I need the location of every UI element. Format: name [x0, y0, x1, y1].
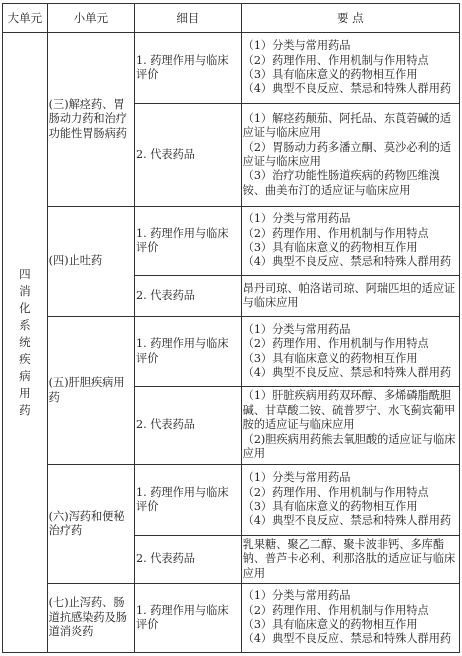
detail-cell: 1. 药理作用与临床评价 — [135, 33, 242, 104]
point-item: （3）具有临床意义的药物相互作用 — [243, 618, 458, 632]
points-cell: （1）肝脏疾病用药双环醇、多烯磷脂酰胆碱、甘草酸二铵、硫普罗宁、水飞蓟宾葡甲胺的… — [241, 387, 459, 465]
point-item: （3）具有临床意义的药物相互作用 — [243, 68, 458, 82]
point-item: （4）典型不良反应、禁忌和特殊人群用药 — [243, 632, 458, 646]
point-item: （1）分类与常用药品 — [243, 39, 458, 53]
detail-cell: 1. 药理作用与临床评价 — [135, 584, 242, 653]
point-item: （3）具有临床意义的药物相互作用 — [243, 241, 458, 255]
points-cell: （1）分类与常用药品 （2）药理作用、作用机制与作用特点 （3）具有临床意义的药… — [241, 317, 459, 387]
point-item: （2）药理作用、作用机制与作用特点 — [243, 227, 458, 241]
points-cell: （1）分类与常用药品 （2）药理作用、作用机制与作用特点 （3）具有临床意义的药… — [241, 584, 459, 653]
syllabus-table: 大单元 小单元 细目 要 点 四消化系统疾病用药 (三)解痉药、胃肠动力药和治疗… — [2, 3, 460, 653]
table-row: (六)泻药和便秘治疗药 1. 药理作用与临床评价 （1）分类与常用药品 （2）药… — [3, 465, 460, 536]
detail-cell: 2. 代表药品 — [135, 387, 242, 465]
point-item: （2）药理作用、作用机制与作用特点 — [243, 337, 458, 351]
points-cell: （1）分类与常用药品 （2）药理作用、作用机制与作用特点 （3）具有临床意义的药… — [241, 465, 459, 536]
table-row: (五)肝胆疾病用药 1. 药理作用与临床评价 （1）分类与常用药品 （2）药理作… — [3, 317, 460, 387]
point-item: （3）具有临床意义的药物相互作用 — [243, 352, 458, 366]
detail-cell: 2. 代表药品 — [135, 276, 242, 317]
point-item: 乳果糖、聚乙二醇、聚卡波非钙、多库酯钠、普芦卡必利、利那洛肽的适应证与临床应用 — [243, 538, 458, 581]
point-item: （2）药理作用、作用机制与作用特点 — [243, 54, 458, 68]
point-item: （2）胃肠动力药多潘立酮、莫沙必利的适应证与临床应用 — [243, 141, 458, 170]
detail-cell: 1. 药理作用与临床评价 — [135, 317, 242, 387]
points-cell: 乳果糖、聚乙二醇、聚卡波非钙、多库酯钠、普芦卡必利、利那洛肽的适应证与临床应用 — [241, 536, 459, 584]
point-item: （4）典型不良反应、禁忌和特殊人群用药 — [243, 82, 458, 96]
table-row: (四)止吐药 1. 药理作用与临床评价 （1）分类与常用药品 （2）药理作用、作… — [3, 207, 460, 276]
points-cell: 昂丹司琼、帕洛诺司琼、阿瑞匹坦的适应证与临床应用 — [241, 276, 459, 317]
table-row: (七)止泻药、肠道抗感染药及肠道消炎药 1. 药理作用与临床评价 （1）分类与常… — [3, 584, 460, 653]
point-item: 昂丹司琼、帕洛诺司琼、阿瑞匹坦的适应证与临床应用 — [243, 282, 458, 311]
points-cell: （1）分类与常用药品 （2）药理作用、作用机制与作用特点 （3）具有临床意义的药… — [241, 207, 459, 276]
detail-cell: 2. 代表药品 — [135, 536, 242, 584]
minor-unit-cell: (七)止泻药、肠道抗感染药及肠道消炎药 — [47, 584, 134, 653]
header-detail: 细目 — [135, 4, 242, 33]
table-row: 四消化系统疾病用药 (三)解痉药、胃肠动力药和治疗功能性胃肠病药 1. 药理作用… — [3, 33, 460, 104]
point-item: （3）具有临床意义的药物相互作用 — [243, 500, 458, 514]
header-minor-unit: 小单元 — [47, 4, 134, 33]
detail-cell: 1. 药理作用与临床评价 — [135, 465, 242, 536]
minor-unit-cell: (三)解痉药、胃肠动力药和治疗功能性胃肠病药 — [47, 33, 134, 207]
point-item: （1）分类与常用药品 — [243, 589, 458, 603]
points-cell: （1）分类与常用药品 （2）药理作用、作用机制与作用特点 （3）具有临床意义的药… — [241, 33, 459, 104]
point-item: （2)胆疾病用药熊去氧胆酸的适应证与临床应用 — [243, 433, 458, 462]
header-major-unit: 大单元 — [3, 4, 48, 33]
major-unit-label: 四消化系统疾病用药 — [18, 266, 31, 419]
point-item: （3）治疗功能性肠道疾病的药物匹维溴铵、曲美布汀的适应证与临床应用 — [243, 169, 458, 198]
point-item: （4）典型不良反应、禁忌和特殊人群用药 — [243, 366, 458, 380]
point-item: （4）典型不良反应、禁忌和特殊人群用药 — [243, 514, 458, 528]
point-item: （2）药理作用、作用机制与作用特点 — [243, 486, 458, 500]
point-item: （1）解痉药颠茄、阿托品、东莨菪碱的适应证与临床应用 — [243, 112, 458, 141]
point-item: （1）分类与常用药品 — [243, 212, 458, 226]
point-item: （1）分类与常用药品 — [243, 471, 458, 485]
point-item: （1）分类与常用药品 — [243, 323, 458, 337]
point-item: （2）药理作用、作用机制与作用特点 — [243, 604, 458, 618]
minor-unit-cell: (六)泻药和便秘治疗药 — [47, 465, 134, 584]
minor-unit-cell: (五)肝胆疾病用药 — [47, 317, 134, 465]
minor-unit-cell: (四)止吐药 — [47, 207, 134, 317]
header-key-points: 要 点 — [241, 4, 459, 33]
points-cell: （1）解痉药颠茄、阿托品、东莨菪碱的适应证与临床应用 （2）胃肠动力药多潘立酮、… — [241, 104, 459, 207]
detail-cell: 2. 代表药品 — [135, 104, 242, 207]
point-item: （4）典型不良反应、禁忌和特殊人群用药 — [243, 255, 458, 269]
detail-cell: 1. 药理作用与临床评价 — [135, 207, 242, 276]
header-row: 大单元 小单元 细目 要 点 — [3, 4, 460, 33]
point-item: （1）肝脏疾病用药双环醇、多烯磷脂酰胆碱、甘草酸二铵、硫普罗宁、水飞蓟宾葡甲胺的… — [243, 389, 458, 432]
major-unit-cell: 四消化系统疾病用药 — [3, 33, 48, 653]
